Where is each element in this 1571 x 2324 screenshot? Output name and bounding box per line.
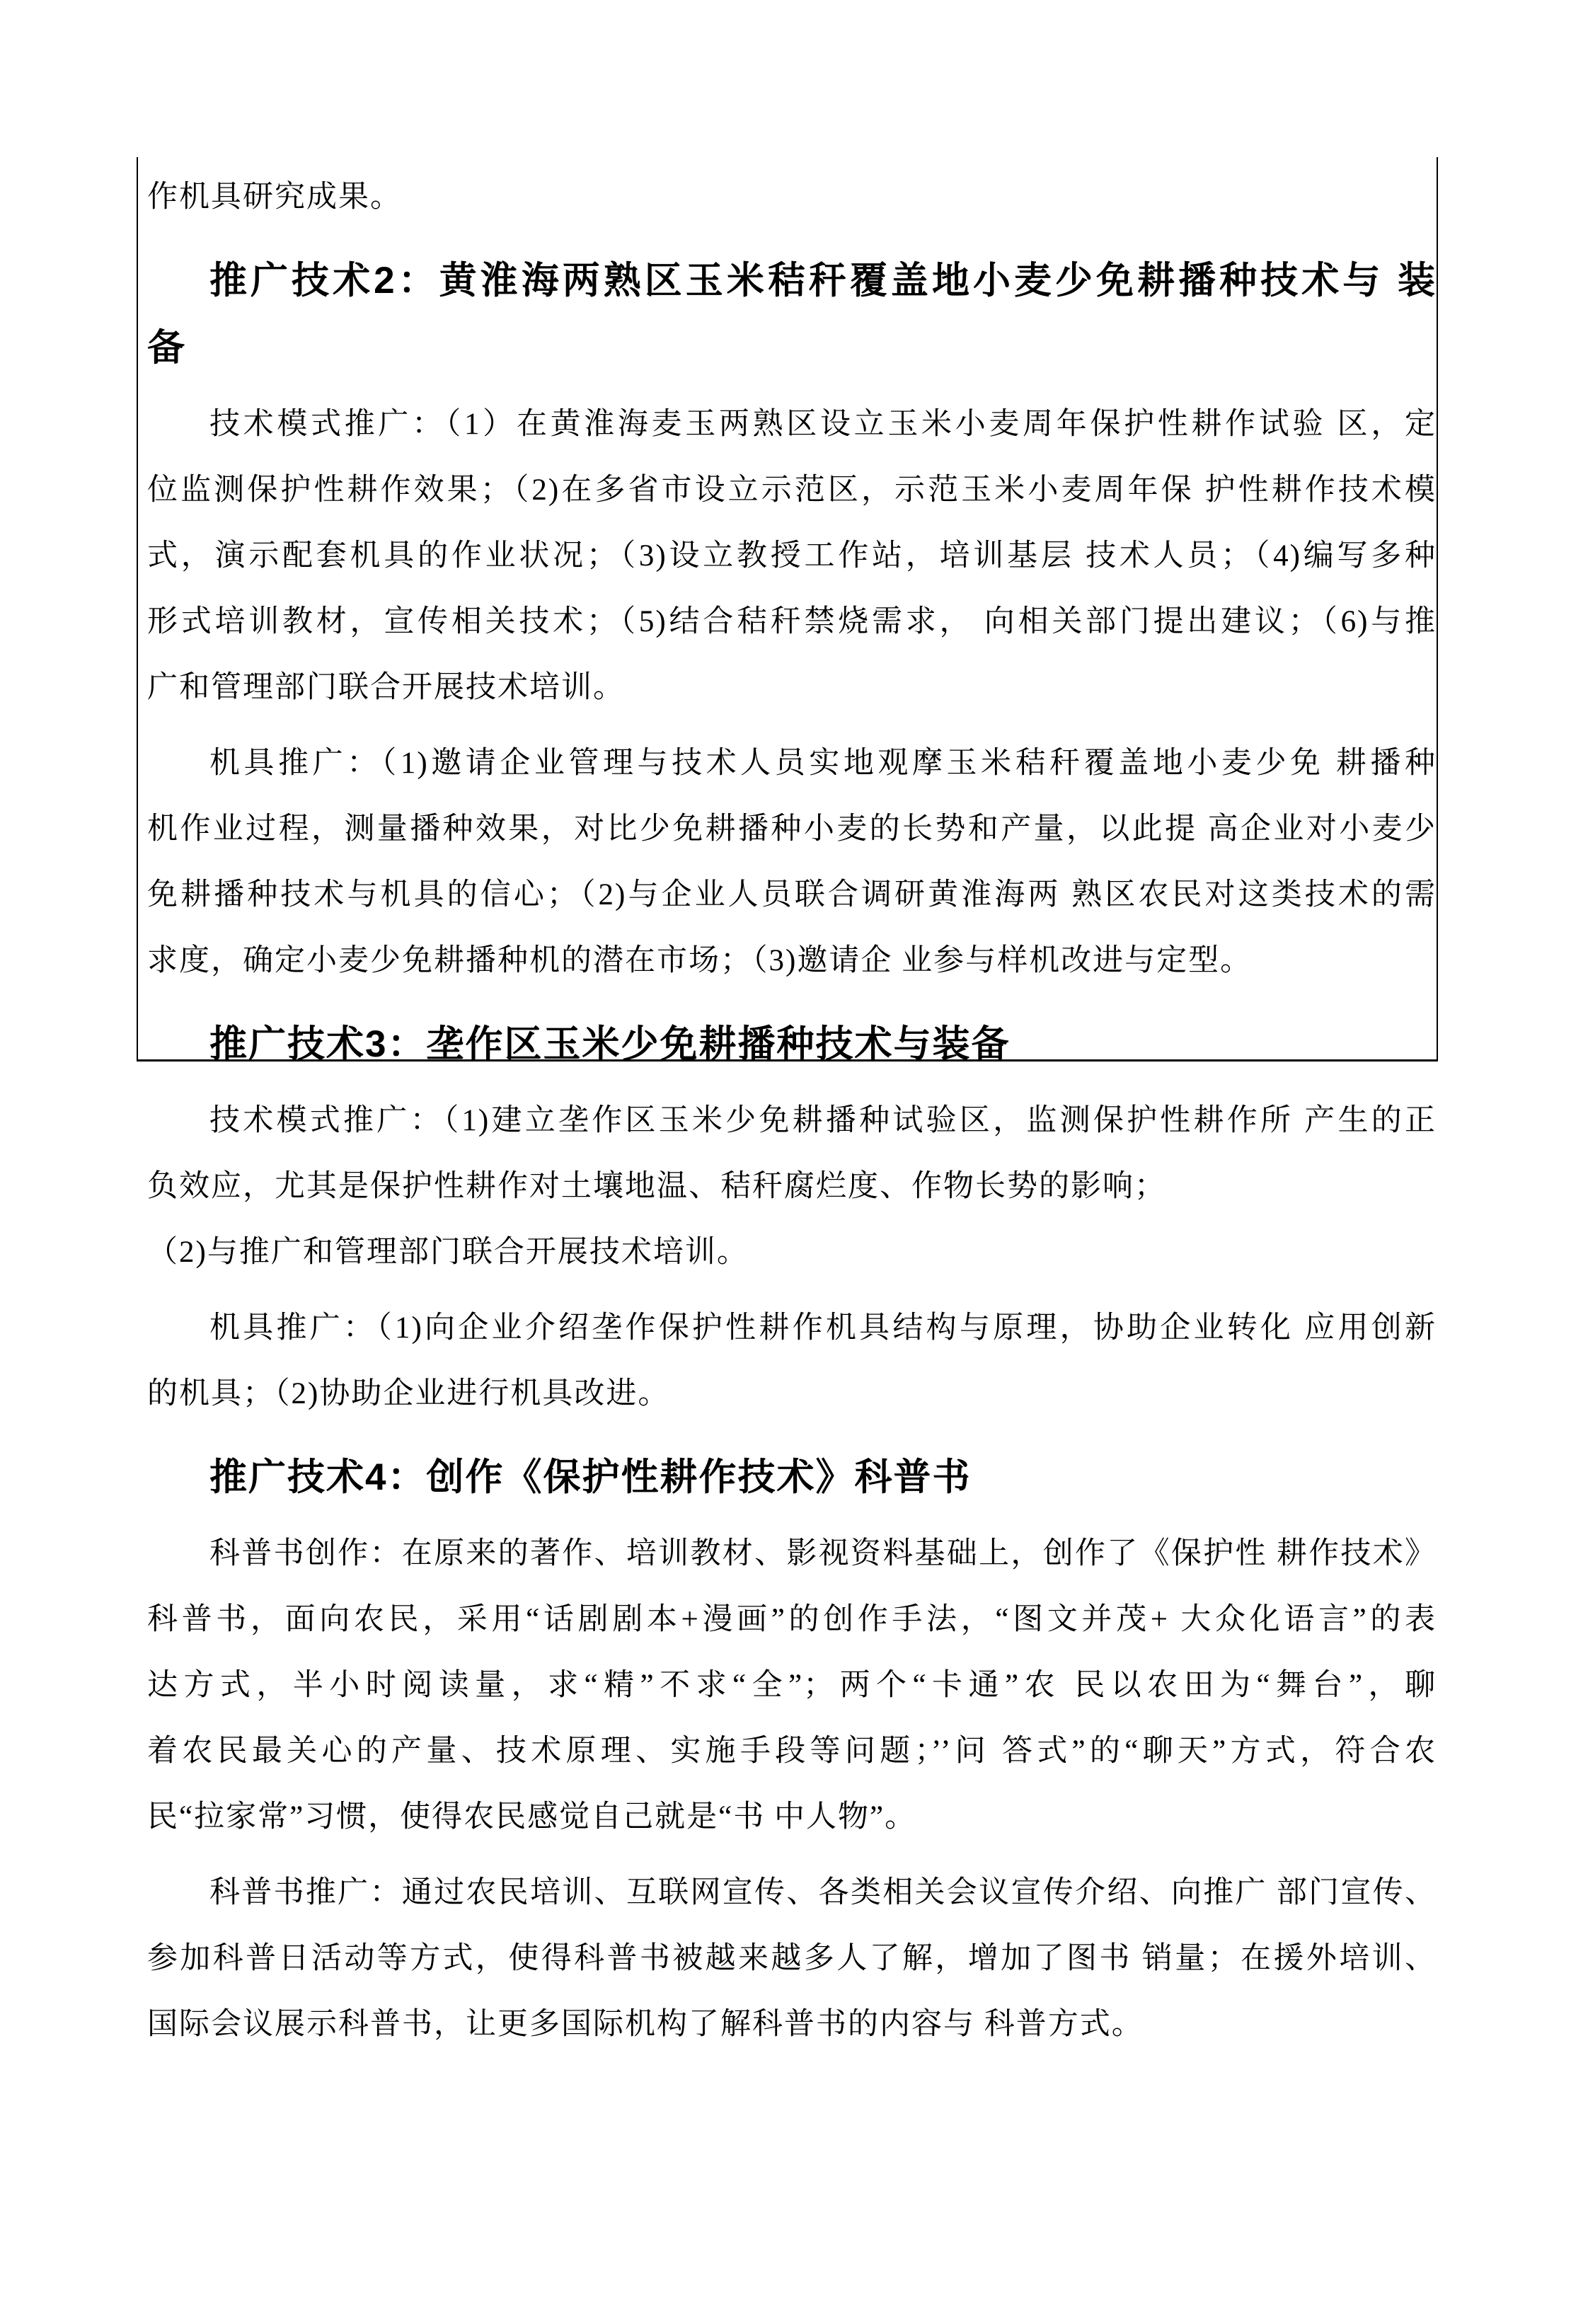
section-heading: 推广技术4：创作《保护性耕作技术》科普书 — [147, 1444, 1437, 1511]
section-heading: 推广技术2：黄淮海两熟区玉米秸秆覆盖地小麦少免耕播种技术与 装备 — [147, 247, 1437, 381]
heading-line: 推广技术3：垄作区玉米少免耕播种技术与装备 — [147, 1011, 1437, 1078]
paragraph: 科普书创作：在原来的著作、培训教材、影视资料基础上，创作了《保护性 耕作技术》科… — [147, 1521, 1437, 1850]
text-line: 科普书，面向农民，采用“话剧剧本+漫画”的创作手法，“图文并茂+ 大众化语言”的… — [147, 1587, 1437, 1652]
document-body: 作机具研究成果。推广技术2：黄淮海两熟区玉米秸秆覆盖地小麦少免耕播种技术与 装备… — [147, 164, 1437, 2057]
text-line: 免耕播种技术与机具的信心；（2)与企业人员联合调研黄淮海两 熟区农民对这类技术的… — [147, 862, 1437, 928]
text-line: 形式培训教材，宣传相关技术；（5)结合秸秆禁烧需求， 向相关部门提出建议；（6)… — [147, 589, 1437, 655]
paragraph: 机具推广：（1)邀请企业管理与技术人员实地观摩玉米秸秆覆盖地小麦少免 耕播种机作… — [147, 730, 1437, 994]
document-page: 作机具研究成果。推广技术2：黄淮海两熟区玉米秸秆覆盖地小麦少免耕播种技术与 装备… — [0, 0, 1571, 2324]
text-line: 科普书创作：在原来的著作、培训教材、影视资料基础上，创作了《保护性 耕作技术》 — [147, 1521, 1437, 1587]
paragraph: 作机具研究成果。 — [147, 164, 1437, 230]
text-line: 民“拉家常”习惯，使得农民感觉自己就是“书 中人物”。 — [147, 1784, 1437, 1850]
text-line: （2)与推广和管理部门联合开展技术培训。 — [147, 1219, 1437, 1285]
text-line: 科普书推广：通过农民培训、互联网宣传、各类相关会议宣传介绍、向推广 部门宣传、 — [147, 1860, 1437, 1926]
text-line: 机作业过程，测量播种效果，对比少免耕播种小麦的长势和产量，以此提 高企业对小麦少 — [147, 796, 1437, 862]
text-line: 的机具；（2)协助企业进行机具改进。 — [147, 1361, 1437, 1427]
text-line: 求度，确定小麦少免耕播种机的潜在市场；（3)邀请企 业参与样机改进与定型。 — [147, 928, 1437, 994]
section-heading: 推广技术3：垄作区玉米少免耕播种技术与装备 — [147, 1011, 1437, 1078]
heading-line: 备 — [147, 314, 1437, 381]
text-line: 技术模式推广：（1)建立垄作区玉米少免耕播种试验区，监测保护性耕作所 产生的正 — [147, 1088, 1437, 1154]
text-line: 国际会议展示科普书，让更多国际机构了解科普书的内容与 科普方式。 — [147, 1991, 1437, 2057]
text-line: 机具推广：（1)向企业介绍垄作保护性耕作机具结构与原理，协助企业转化 应用创新 — [147, 1295, 1437, 1361]
text-line: 着农民最关心的产量、技术原理、实施手段等问题；’’问 答式”的“聊天”方式，符合… — [147, 1718, 1437, 1784]
paragraph: 技术模式推广：（1)建立垄作区玉米少免耕播种试验区，监测保护性耕作所 产生的正负… — [147, 1088, 1437, 1285]
text-line: 机具推广：（1)邀请企业管理与技术人员实地观摩玉米秸秆覆盖地小麦少免 耕播种 — [147, 730, 1437, 796]
text-line: 作机具研究成果。 — [147, 164, 1437, 230]
text-line: 式，演示配套机具的作业状况；（3)设立教授工作站，培训基层 技术人员；（4)编写… — [147, 523, 1437, 589]
paragraph: 技术模式推广：（1）在黄淮海麦玉两熟区设立玉米小麦周年保护性耕作试验 区，定位监… — [147, 391, 1437, 720]
paragraph: 科普书推广：通过农民培训、互联网宣传、各类相关会议宣传介绍、向推广 部门宣传、参… — [147, 1860, 1437, 2057]
paragraph: 机具推广：（1)向企业介绍垄作保护性耕作机具结构与原理，协助企业转化 应用创新的… — [147, 1295, 1437, 1427]
text-line: 位监测保护性耕作效果；（2)在多省市设立示范区，示范玉米小麦周年保 护性耕作技术… — [147, 457, 1437, 523]
heading-line: 推广技术4：创作《保护性耕作技术》科普书 — [147, 1444, 1437, 1511]
text-line: 广和管理部门联合开展技术培训。 — [147, 655, 1437, 720]
text-line: 参加科普日活动等方式，使得科普书被越来越多人了解，增加了图书 销量；在援外培训、 — [147, 1926, 1437, 1991]
text-line: 负效应，尤其是保护性耕作对土壤地温、秸秆腐烂度、作物长势的影响； — [147, 1154, 1437, 1219]
heading-line: 推广技术2：黄淮海两熟区玉米秸秆覆盖地小麦少免耕播种技术与 装 — [147, 247, 1437, 314]
text-line: 达方式，半小时阅读量，求“精”不求“全”；两个“卡通”农 民以农田为“舞台”，聊 — [147, 1652, 1437, 1718]
text-line: 技术模式推广：（1）在黄淮海麦玉两熟区设立玉米小麦周年保护性耕作试验 区，定 — [147, 391, 1437, 457]
